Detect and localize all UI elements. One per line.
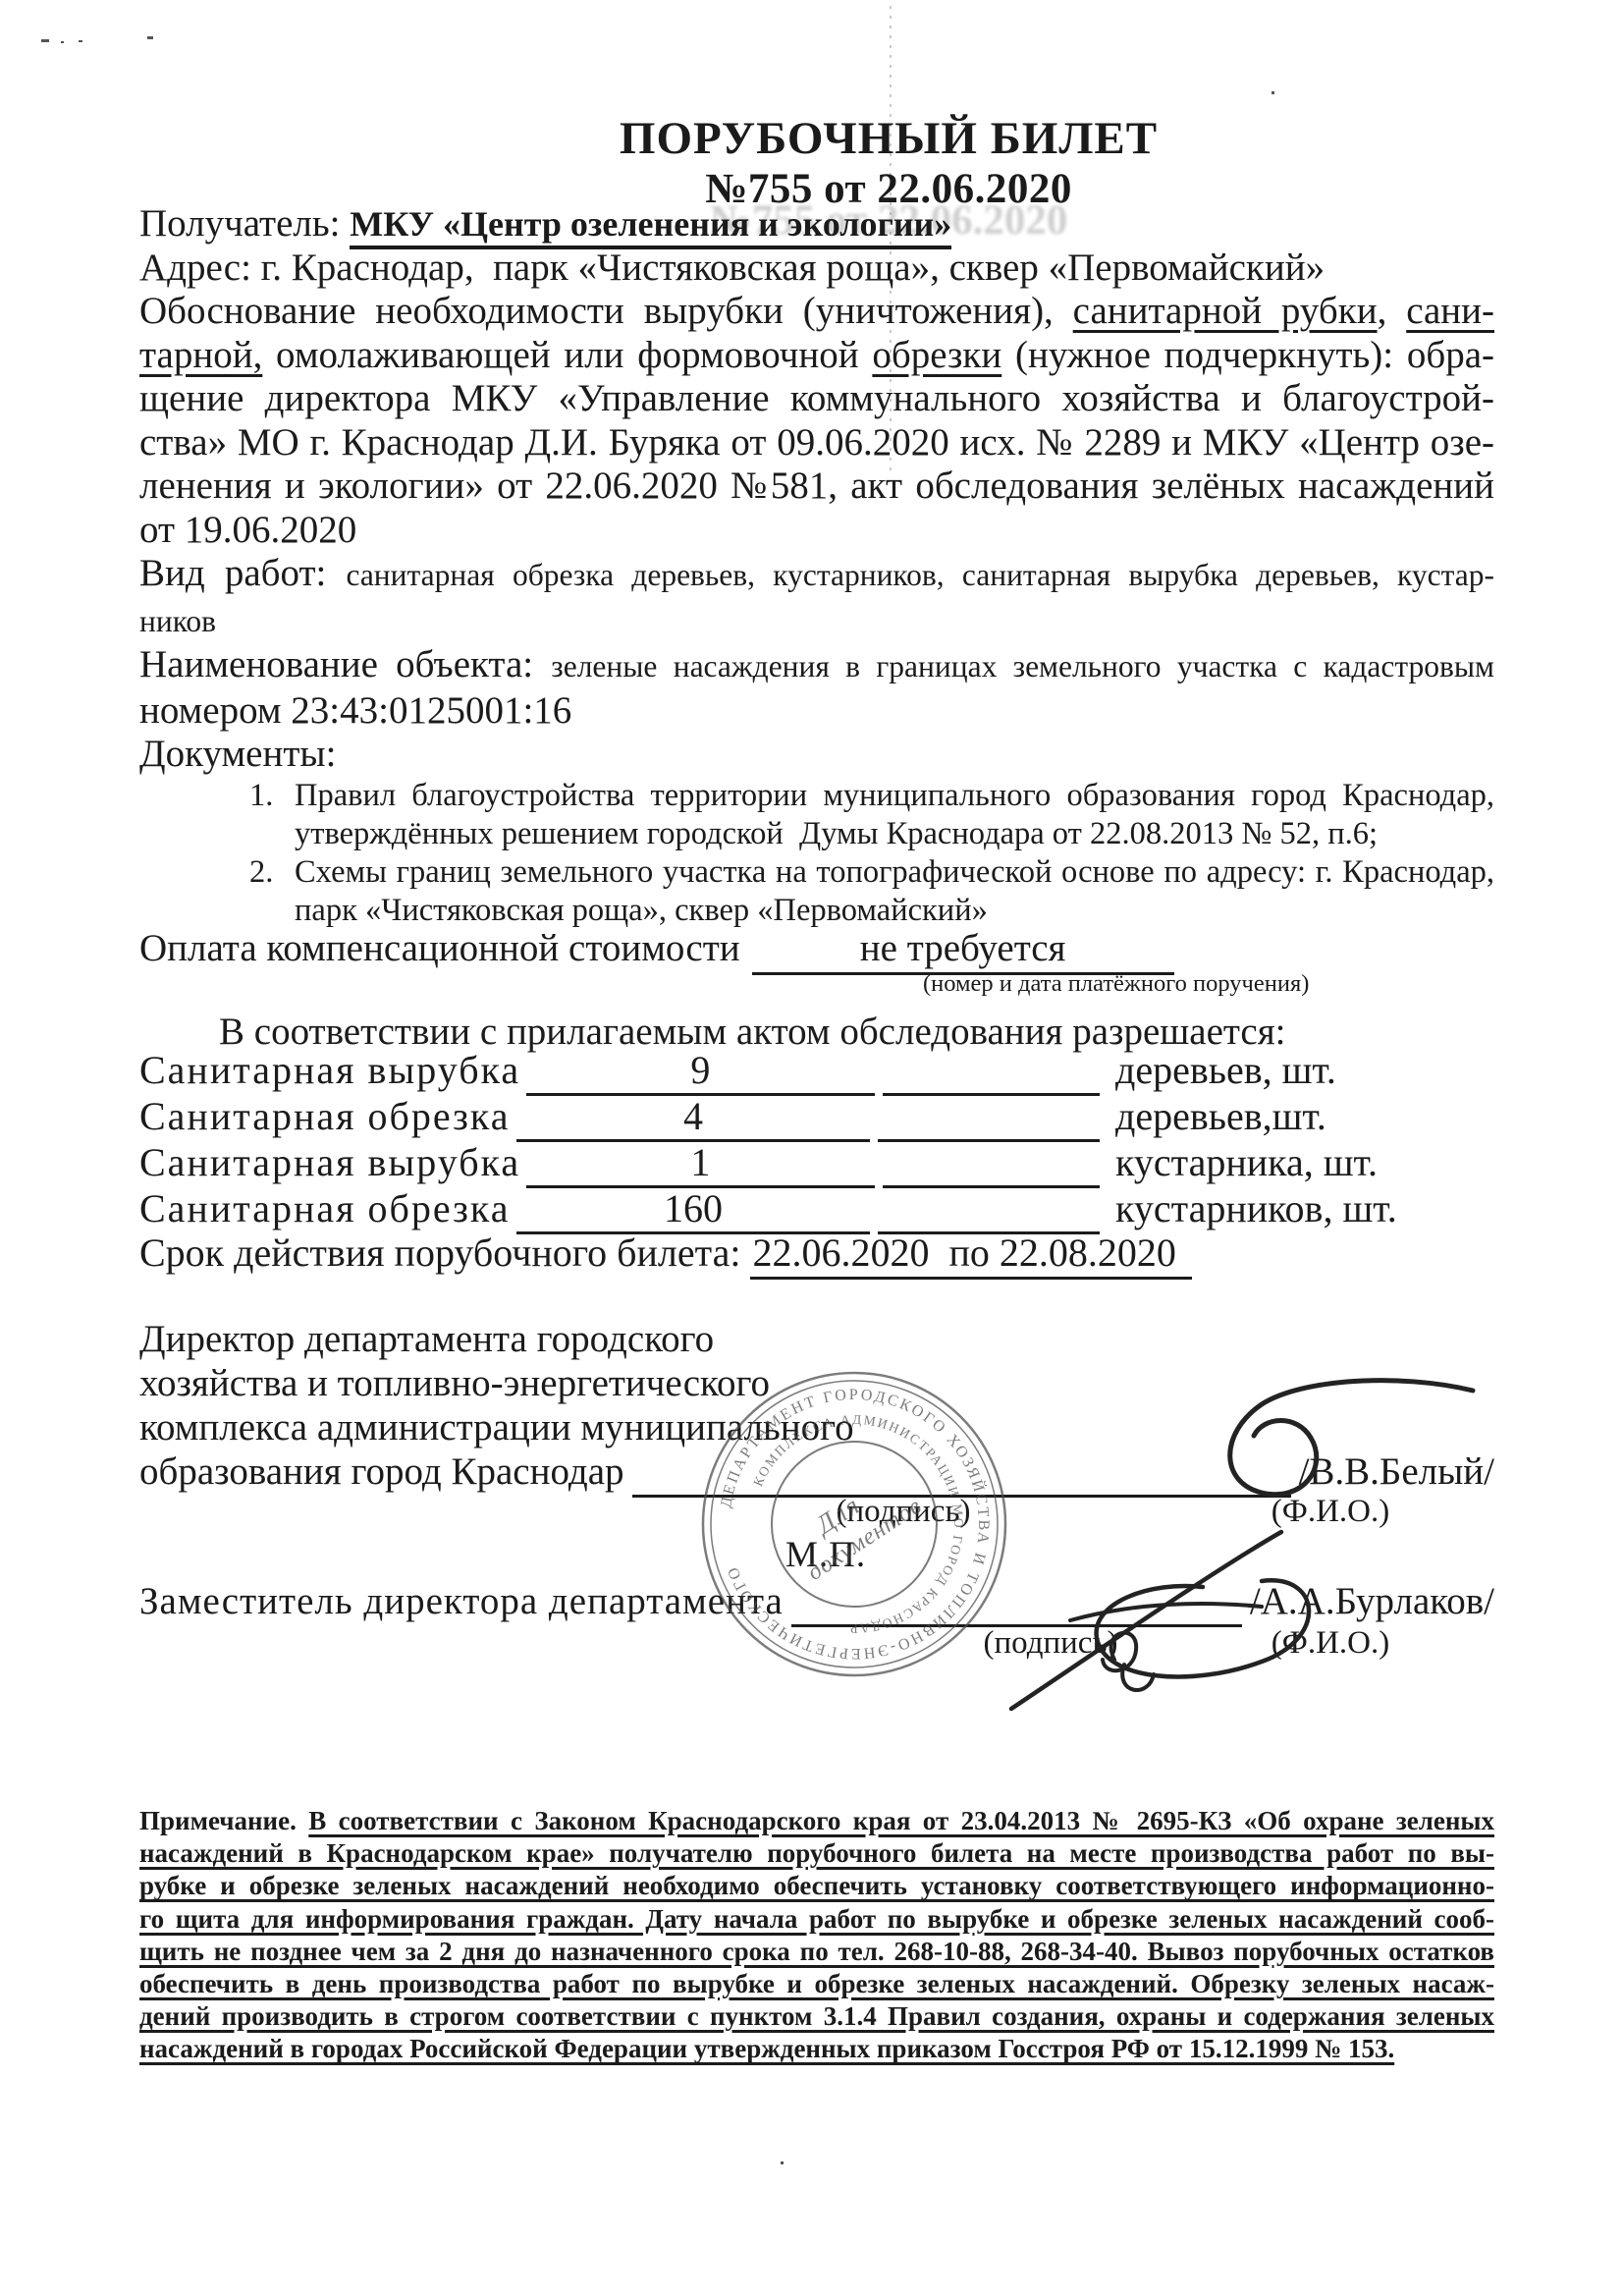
row-value-on-underline: 4 [516,1093,871,1142]
payment-blank-underline: не требуется [752,926,1174,975]
text-segment: Обоснование необходимости вырубки (уничт… [139,290,1073,332]
row-unit-label: кустарника, шт. [1109,1139,1494,1185]
text-segment: Документы: [139,733,336,775]
permission-row: Санитарная обрезка4 деревьев,шт. [139,1093,1494,1139]
text-segment: обрезки [872,334,1001,376]
row-underline [883,1139,1100,1188]
text-segment: номером 23:43:0125001:16 [139,689,571,732]
payment-value: не требуется [860,927,1066,969]
text-segment: насаждений в городах Российской Федераци… [139,2034,1394,2063]
note-line: насаждений в городах Российской Федераци… [139,2033,1494,2065]
row-label: Санитарная вырубка [139,1047,520,1093]
text-segment: щить не позднее чем за 2 дня до назначен… [139,1937,1494,1966]
text-segment: (нужное подчеркнуть): обра- [1001,334,1494,376]
director-title-line-2: хозяйства и топливно-энергетического [139,1361,770,1405]
text-segment: В соответствии с Законом Краснодарского … [308,1806,1494,1835]
row-underline [883,1047,1100,1096]
document-line: ников [139,598,1494,644]
text-segment: ников [139,604,216,638]
scan-speck [1271,91,1274,94]
document-line: Вид работ: санитарная обрезка деревьев, … [139,552,1494,598]
text-segment: рубке и обрезке зеленых насаждений необх… [139,1871,1494,1900]
permission-row: Санитарная обрезка160 кустарников, шт. [139,1185,1494,1231]
text-segment: омолаживающей или формовочной [262,334,872,376]
text-segment: обеспечить в день производства работ по … [139,1969,1494,1998]
note-line: дений производить в строгом соответствии… [139,2000,1494,2033]
text-segment: сани- [1406,290,1494,332]
document-note: Примечание. В соответствии с Законом Кра… [139,1805,1494,2066]
document-line: ства» МО г. Краснодар Д.И. Буряка от 09.… [139,421,1494,465]
document-line: Адрес: г. Краснодар, парк «Чистяковская … [139,246,1494,291]
deputy-autograph [967,1512,1340,1723]
document-line: 2.Схемы границ земельного участка на топ… [139,853,1494,892]
director-title-line-1: Директор департамента городского [139,1317,714,1361]
scan-speck [147,36,153,39]
document-line: Документы: [139,733,1494,777]
text-segment: ленения и экологии» от 22.06.2020 №581, … [139,465,1494,507]
scan-speck [41,39,49,42]
row-label: Санитарная вырубка [139,1139,520,1185]
document-line: Обоснование необходимости вырубки (уничт… [139,290,1494,334]
text-segment: санитарной рубки [1073,290,1378,332]
validity-line: Срок действия порубочного билета: 22.06.… [139,1230,1494,1276]
document-line: парк «Чистяковская роща», сквер «Первома… [139,892,1494,930]
text-segment: от 19.06.2020 [139,509,356,551]
text-segment: щение директора МКУ «Управление коммунал… [139,377,1494,419]
payment-caption: (номер и дата платёжного поручения) [923,970,1309,998]
row-unit-label: деревьев, шт. [1109,1047,1494,1093]
document-body: Получатель: МКУ «Центр озеленения и экол… [139,202,1494,930]
note-line: насаждений в Краснодарском крае» получат… [139,1837,1494,1870]
document-line: ленения и экологии» от 22.06.2020 №581, … [139,465,1494,509]
svg-text:КОМПЛЕКСА АДМИНИСТРАЦИИ МО ГОР: КОМПЛЕКСА АДМИНИСТРАЦИИ МО ГОРОД КРАСНОД… [750,1412,966,1636]
text-segment: парк «Чистяковская роща», сквер «Первома… [295,893,988,928]
note-line: го щита для информирования граждан. Дату… [139,1903,1494,1936]
document-line: утверждённых решением городской Думы Кра… [139,815,1494,853]
document-line: 1.Правил благоустройства территории муни… [139,777,1494,815]
note-line: обеспечить в день производства работ по … [139,1968,1494,2000]
row-value-on-underline: 1 [526,1139,874,1188]
row-unit-label: деревьев,шт. [1109,1093,1494,1139]
row-unit-label: кустарников, шт. [1109,1185,1494,1231]
text-segment: Правил благоустройства территории муници… [295,778,1494,813]
text-segment: 2. [249,853,295,892]
text-segment: утверждённых решением городской Думы Кра… [295,816,1378,851]
text-segment: го щита для информирования граждан. Дату… [139,1904,1494,1934]
text-segment: дений производить в строгом соответствии… [139,2001,1494,2031]
text-segment: зеленые насаждения в границах земельного… [551,649,1494,683]
row-label: Санитарная обрезка [139,1185,511,1231]
text-segment: Наименование объекта: [139,643,551,685]
row-value-on-underline: 160 [516,1185,871,1234]
row-label: Санитарная обрезка [139,1093,511,1139]
director-autograph [1124,1353,1478,1535]
payment-line: Оплата компенсационной стоимостине требу… [139,926,1494,975]
stamp-inner-ring-text: КОМПЛЕКСА АДМИНИСТРАЦИИ МО ГОРОД КРАСНОД… [750,1412,966,1636]
permission-row: Санитарная вырубка1 кустарника, шт. [139,1139,1494,1185]
validity-label: Срок действия порубочного билета: [139,1230,750,1275]
row-value-on-underline: 9 [526,1047,874,1096]
text-segment: Схемы границ земельного участка на топог… [295,854,1494,890]
document-line: тарной, омолаживающей или формовочной об… [139,334,1494,378]
document-line: от 19.06.2020 [139,509,1494,553]
text-segment: ства» МО г. Краснодар Д.И. Буряка от 09.… [139,421,1494,464]
document-line: Наименование объекта: зеленые насаждения… [139,643,1494,689]
document-title: ПОРУБОЧНЫЙ БИЛЕТ [157,112,1620,165]
text-segment: санитарная обрезка деревьев, кустарников… [346,558,1494,592]
scanned-document-page: ПОРУБОЧНЫЙ БИЛЕТ №755 от 22.06.2020 №755… [0,0,1623,2296]
scan-speck [61,41,64,43]
text-segment: Получатель: [139,202,350,245]
document-line: Получатель: МКУ «Центр озеленения и экол… [139,202,1494,246]
row-underline [878,1185,1100,1234]
row-underline [878,1093,1100,1142]
validity-value: 22.06.2020 по 22.08.2020 [750,1230,1191,1280]
text-segment: тарной, [139,334,262,376]
note-line: щить не позднее чем за 2 дня до назначен… [139,1936,1494,1968]
text-segment: Вид работ: [139,552,346,594]
text-segment: Примечание. [139,1806,308,1835]
permission-row: Санитарная вырубка9 деревьев, шт. [139,1047,1494,1093]
text-segment: Адрес: г. Краснодар, парк «Чистяковская … [139,246,1325,289]
scan-speck [79,40,82,42]
payment-label: Оплата компенсационной стоимости [139,927,740,969]
document-line: щение директора МКУ «Управление коммунал… [139,377,1494,421]
permission-rows: Санитарная вырубка9 деревьев, шт.Санитар… [139,1047,1494,1231]
scan-speck [781,2161,784,2164]
svg-text:ДЕПАРТАМЕНТ ГОРОДСКОГО ХОЗЯЙСТ: ДЕПАРТАМЕНТ ГОРОДСКОГО ХОЗЯЙСТВА И ТОПЛИ… [718,1387,992,1662]
text-segment: , [1378,290,1407,332]
note-line: Примечание. В соответствии с Законом Кра… [139,1805,1494,1837]
text-segment: насаждений в Краснодарском крае» получат… [139,1838,1494,1868]
note-line: рубке и обрезке зеленых насаждений необх… [139,1870,1494,1902]
stamp-outer-ring-text: ДЕПАРТАМЕНТ ГОРОДСКОГО ХОЗЯЙСТВА И ТОПЛИ… [718,1387,992,1662]
document-line: номером 23:43:0125001:16 [139,689,1494,734]
director-title-line-4: образования город Краснодар [139,1449,624,1495]
text-segment: МКУ «Центр озеленения и экологии» [350,204,951,249]
text-segment: 1. [249,777,295,815]
